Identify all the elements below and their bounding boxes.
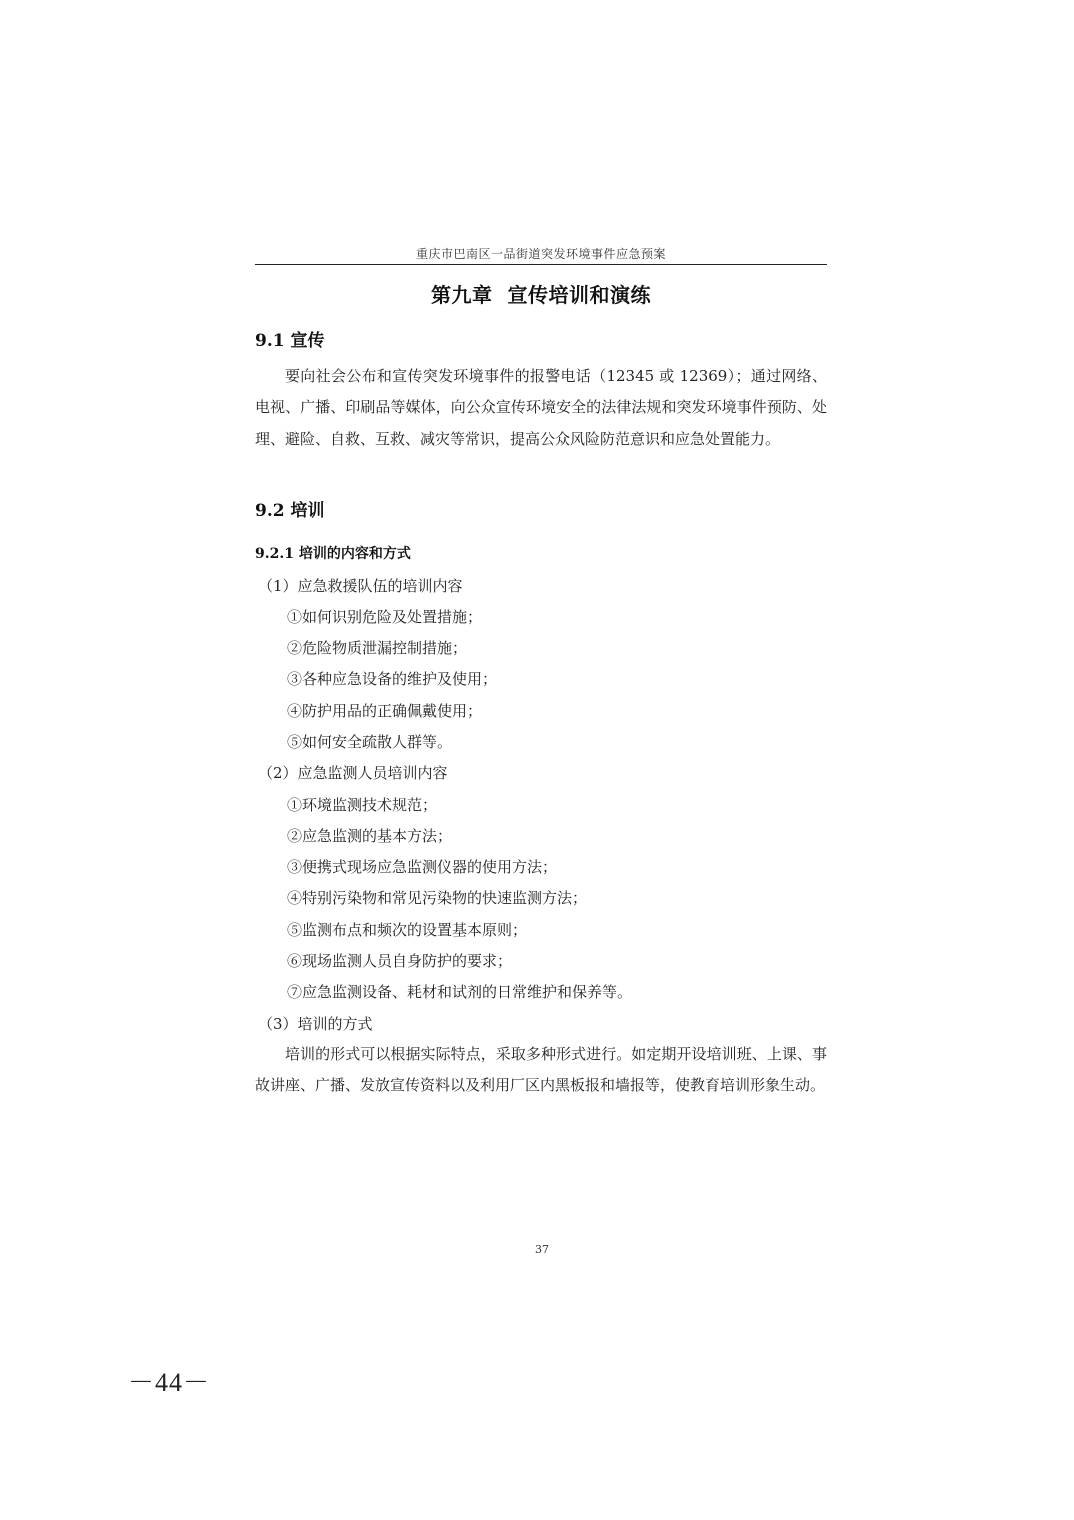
group-1-title: （1）应急救援队伍的培训内容 [258,575,463,597]
list-item: ④特别污染物和常见污染物的快速监测方法； [287,887,587,909]
group-3-title: （3）培训的方式 [258,1013,373,1035]
group-2-title: （2）应急监测人员培训内容 [258,762,448,784]
list-item: ⑤监测布点和频次的设置基本原则； [287,919,527,941]
section-heading-9-1: 9.1 宣传 [255,328,325,354]
list-item: ⑥现场监测人员自身防护的要求； [287,950,512,972]
group-3-paragraph: 培训的形式可以根据实际特点，采取多种形式进行。如定期开设培训班、上课、事故讲座、… [255,1039,827,1102]
list-item: ④防护用品的正确佩戴使用； [287,700,482,722]
subsection-heading-9-2-1: 9.2.1 培训的内容和方式 [255,543,411,565]
running-header: 重庆市巴南区一品街道突发环境事件应急预案 [255,246,827,262]
page-number: 37 [527,1243,557,1256]
outer-page-number: －44－ [128,1362,210,1399]
list-item: ⑤如何安全疏散人群等。 [287,731,452,753]
section-9-1-paragraph: 要向社会公布和宣传突发环境事件的报警电话（12345 或 12369）；通过网络… [255,361,827,455]
list-item: ⑦应急监测设备、耗材和试剂的日常维护和保养等。 [287,981,632,1003]
list-item: ②危险物质泄漏控制措施； [287,637,467,659]
list-item: ①环境监测技术规范； [287,794,437,816]
header-rule [255,264,827,265]
list-item: ③便携式现场应急监测仪器的使用方法； [287,856,557,878]
section-heading-9-2: 9.2 培训 [255,498,325,524]
list-item: ③各种应急设备的维护及使用； [287,668,497,690]
list-item: ②应急监测的基本方法； [287,825,452,847]
chapter-title: 第九章 宣传培训和演练 [255,280,827,310]
list-item: ①如何识别危险及处置措施； [287,606,482,628]
